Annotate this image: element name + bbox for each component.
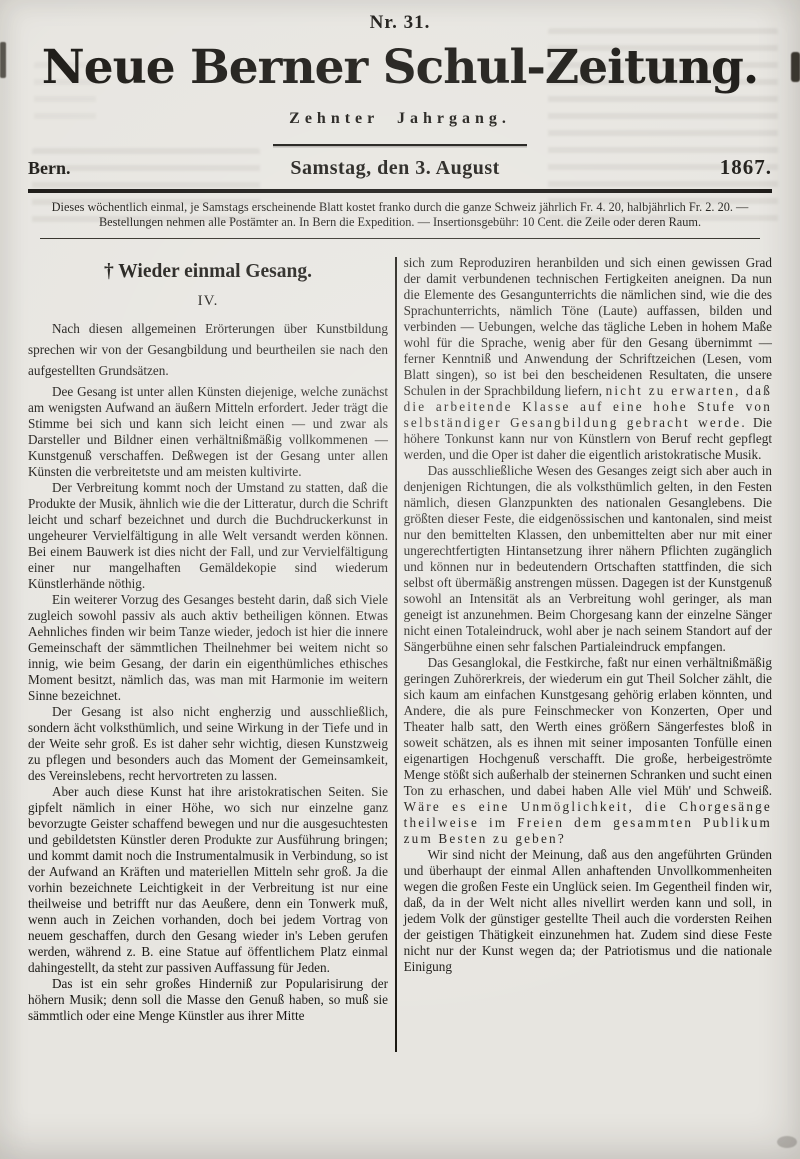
dateline-year: 1867. <box>720 155 772 180</box>
paragraph: Der Verbreitung kommt noch der Umstand z… <box>28 480 388 592</box>
text-run: Das ist ein sehr großes Hinderniß zur Po… <box>28 976 388 1023</box>
text-run: Aber auch diese Kunst hat ihre aristokra… <box>28 784 388 975</box>
newspaper-page: Nr. 31. Neue Berner Schul-Zeitung. Zehnt… <box>0 0 800 1052</box>
paragraph: sich zum Reproduziren heranbilden und si… <box>404 255 772 463</box>
emphasized-text: Wäre es eine Unmöglichkeit, die Chorgesä… <box>404 799 772 846</box>
subscription-notice-line2: Bestellungen nehmen alle Postämter an. I… <box>32 215 768 231</box>
article-body: † Wieder einmal Gesang. IV. Nach diesen … <box>28 255 772 1052</box>
column-divider <box>395 257 397 1052</box>
dateline-place: Bern. <box>28 158 71 179</box>
subscription-notice: Dieses wöchentlich einmal, je Samstags e… <box>32 200 768 231</box>
text-run: Das Gesanglokal, die Festkirche, faßt nu… <box>404 655 772 798</box>
masthead-title: Neue Berner Schul-Zeitung. <box>0 42 800 94</box>
issue-number: Nr. 31. <box>0 0 800 34</box>
article-section-number: IV. <box>28 293 388 309</box>
text-run: Nach diesen allgemeinen Erörterungen übe… <box>28 321 388 378</box>
volume-line: Zehnter Jahrgang. <box>0 110 800 128</box>
header-rule-thin <box>40 238 760 240</box>
dateline: Bern. Samstag, den 3. August 1867. <box>28 155 772 180</box>
text-run: Wir sind nicht der Meinung, daß aus den … <box>404 847 772 974</box>
subscription-notice-line1: Dieses wöchentlich einmal, je Samstags e… <box>32 200 768 216</box>
text-run: sich zum Reproduziren heranbilden und si… <box>404 255 772 398</box>
paragraph: Ein weiterer Vorzug des Gesanges besteht… <box>28 592 388 704</box>
column-left: † Wieder einmal Gesang. IV. Nach diesen … <box>28 255 388 1023</box>
paragraph: Wir sind nicht der Meinung, daß aus den … <box>404 847 772 975</box>
article-title: † Wieder einmal Gesang. <box>28 259 388 284</box>
scan-speck <box>777 1136 797 1148</box>
text-run: Ein weiterer Vorzug des Gesanges besteht… <box>28 592 388 703</box>
text-run: Der Verbreitung kommt noch der Umstand z… <box>28 480 388 591</box>
paragraph: Nach diesen allgemeinen Erörterungen übe… <box>28 318 388 384</box>
header-rule-thick <box>28 189 772 193</box>
column-right: sich zum Reproduziren heranbilden und si… <box>404 255 772 975</box>
paragraph: Das Gesanglokal, die Festkirche, faßt nu… <box>404 655 772 847</box>
text-run: Das ausschließliche Wesen des Gesanges z… <box>404 463 772 654</box>
dateline-date: Samstag, den 3. August <box>290 157 499 180</box>
paragraph: Das ausschließliche Wesen des Gesanges z… <box>404 463 772 655</box>
paragraph: Der Gesang ist also nicht engherzig und … <box>28 704 388 784</box>
paragraph: Aber auch diese Kunst hat ihre aristokra… <box>28 784 388 976</box>
text-run: Dee Gesang ist unter allen Künsten dieje… <box>28 384 388 479</box>
paragraph: Das ist ein sehr großes Hinderniß zur Po… <box>28 976 388 1024</box>
text-run: Der Gesang ist also nicht engherzig und … <box>28 704 388 783</box>
paragraph: Dee Gesang ist unter allen Künsten dieje… <box>28 384 388 480</box>
decorative-rule-short <box>273 144 527 146</box>
